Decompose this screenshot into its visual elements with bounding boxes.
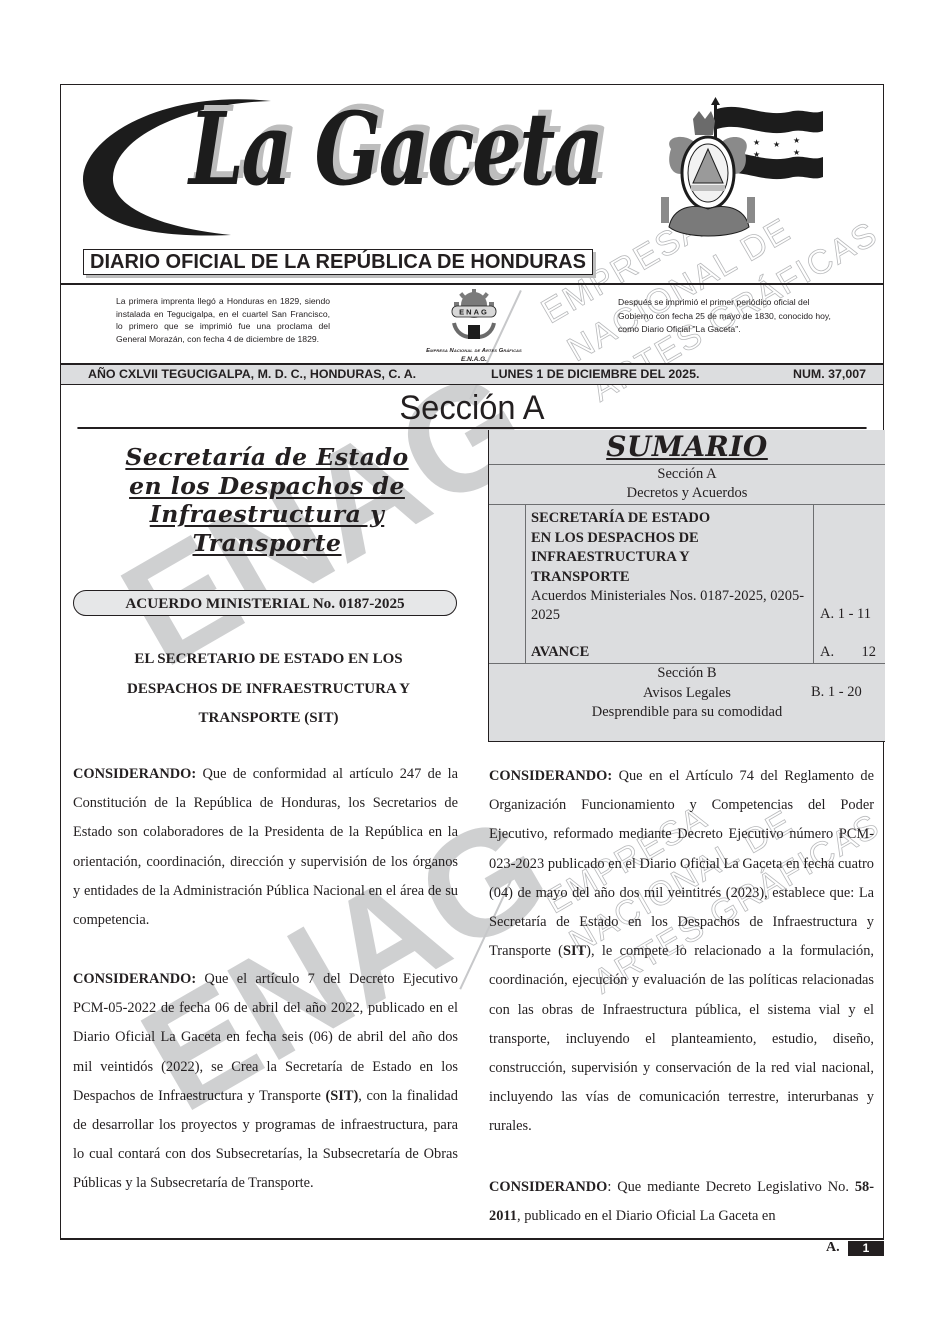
considerando-lead: CONSIDERANDO — [489, 1179, 607, 1195]
masthead-title: La Gaceta — [189, 99, 601, 199]
svg-text:★: ★ — [773, 140, 780, 149]
paragraph-text: Que de conformidad al artículo 247 de la… — [73, 766, 458, 928]
issue-info-bar: AÑO CXLVII TEGUCIGALPA, M. D. C., HONDUR… — [61, 363, 883, 385]
section-b-note: Desprendible para su comodidad — [489, 703, 885, 723]
svg-text:★: ★ — [793, 148, 800, 157]
history-note-left: La primera imprenta llegó a Honduras en … — [116, 295, 330, 345]
paragraph-bold: SIT — [563, 943, 586, 959]
footer-page-number: 1 — [848, 1241, 884, 1256]
section-title: Sección A — [77, 385, 866, 429]
sumario-entries: SECRETARÍA DE ESTADO EN LOS DESPACHOS DE… — [489, 504, 885, 664]
considerando-paragraph-1: CONSIDERANDO: Que de conformidad al artí… — [73, 760, 458, 935]
paragraph-text: Que el artículo 7 del Decreto Ejecutivo … — [73, 971, 458, 1104]
ministry-heading: Secretaría de Estado en los Despachos de… — [81, 443, 453, 557]
paragraph-text: ), le compete lo relacionado a la formul… — [489, 943, 874, 1134]
ministry-line: Secretaría de Estado — [81, 443, 453, 472]
considerando-lead: CONSIDERANDO: — [73, 766, 196, 782]
enag-logo: ENAG Empresa Nacional de Artes Gráficas … — [407, 289, 541, 364]
sumario-pages-avance: A.12 — [820, 643, 876, 662]
svg-text:★: ★ — [753, 138, 760, 147]
issue-date: LUNES 1 DE DICIEMBRE DEL 2025. — [491, 365, 699, 384]
considerando-paragraph-4: CONSIDERANDO: Que mediante Decreto Legis… — [489, 1173, 874, 1231]
paragraph-text: Que en el Artículo 74 del Reglamento de … — [489, 768, 874, 959]
column-divider — [813, 505, 814, 663]
secretario-line: DESPACHOS DE INFRAESTRUCTURA Y — [91, 675, 446, 705]
column-divider — [525, 505, 526, 663]
page-bottom-rule — [60, 1238, 884, 1240]
issue-number: NUM. 37,007 — [793, 365, 866, 384]
masthead-tagline: DIARIO OFICIAL DE LA REPÚBLICA DE HONDUR… — [83, 249, 593, 275]
svg-text:★: ★ — [793, 136, 800, 145]
section-a-subtitle: Decretos y Acuerdos — [489, 484, 885, 503]
considerando-paragraph-2: CONSIDERANDO: Que el artículo 7 del Decr… — [73, 965, 458, 1199]
sumario-box: SUMARIO Sección A Decretos y Acuerdos SE… — [488, 430, 885, 742]
considerando-paragraph-3: CONSIDERANDO: Que en el Artículo 74 del … — [489, 762, 874, 1142]
secretario-line: TRANSPORTE (SIT) — [91, 704, 446, 734]
masthead-divider — [61, 283, 883, 285]
section-b-label: Sección B — [489, 664, 885, 684]
history-note-right: Después se imprimió el primer periódico … — [618, 296, 840, 337]
secretario-heading: EL SECRETARIO DE ESTADO EN LOS DESPACHOS… — [91, 645, 446, 734]
ministry-line: Infraestructura y — [81, 500, 453, 529]
sumario-entry-avance[interactable]: AVANCE — [531, 643, 589, 662]
secretario-line: EL SECRETARIO DE ESTADO EN LOS — [91, 645, 446, 675]
issue-year-place: AÑO CXLVII TEGUCIGALPA, M. D. C., HONDUR… — [88, 365, 416, 384]
sumario-pages-acuerdos: A. 1 - 11 — [820, 605, 871, 624]
paragraph-text: : Que mediante Decreto Legislativo No. — [607, 1179, 854, 1195]
sumario-title: SUMARIO — [606, 430, 768, 463]
ministry-line: en los Despachos de — [81, 472, 453, 501]
gazette-page: La Gaceta DIARIO OFICIAL DE LA REPÚBLICA… — [60, 84, 884, 1240]
paragraph-text: , publicado en el Diario Oficial La Gace… — [517, 1208, 776, 1224]
sumario-entry-acuerdos[interactable]: Acuerdos Ministeriales Nos. 0187-2025, 0… — [531, 587, 811, 625]
ministry-line: Transporte — [81, 529, 453, 558]
considerando-lead: CONSIDERANDO: — [489, 768, 612, 784]
enag-gear-icon: ENAG — [446, 289, 502, 341]
considerando-lead: CONSIDERANDO: — [73, 971, 196, 987]
enag-name: Empresa Nacional de Artes Gráficas — [407, 346, 541, 356]
sumario-pages-section-b: B. 1 - 20 — [811, 683, 862, 703]
coat-of-arms-and-flag-icon: ★ ★ ★ ★ ★ — [653, 97, 833, 257]
paragraph-bold: (SIT) — [325, 1088, 358, 1104]
svg-text:★: ★ — [753, 150, 760, 159]
sumario-section-a: Sección A Decretos y Acuerdos — [489, 465, 885, 503]
svg-text:ENAG: ENAG — [459, 308, 489, 317]
sumario-entry-secretaria[interactable]: SECRETARÍA DE ESTADO EN LOS DESPACHOS DE… — [531, 509, 811, 587]
acuerdo-ministerial-label: ACUERDO MINISTERIAL No. 0187-2025 — [73, 590, 457, 616]
footer-section-letter: A. — [826, 1240, 840, 1256]
section-a-label: Sección A — [489, 465, 885, 484]
sumario-header: SUMARIO — [489, 430, 885, 465]
